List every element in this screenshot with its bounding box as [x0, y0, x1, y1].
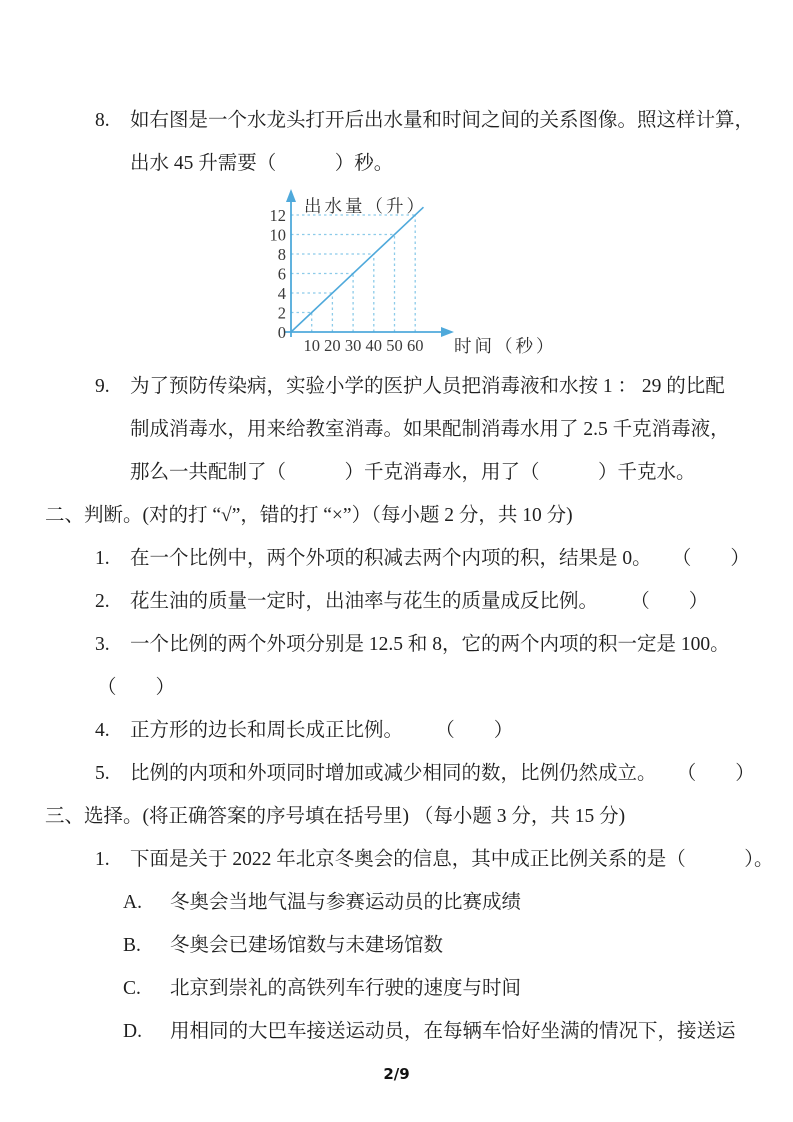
judge-item-3: 3.一个比例的两个外项分别是 12.5 和 8，它的两个内项的积一定是 100。 [0, 623, 793, 666]
judge-item-3-text: 一个比例的两个外项分别是 12.5 和 8，它的两个内项的积一定是 100。 [130, 634, 730, 655]
svg-text:60: 60 [407, 336, 424, 355]
question-9-text-continued: 制成消毒水，用来给教室消毒。如果配制消毒水用了 2.5 千克消毒液， [130, 419, 730, 440]
choice-question-1-text: 下面是关于 2022 年北京冬奥会的信息，其中成正比例关系的是（ ）。 [130, 849, 774, 870]
option-a-text: 冬奥会当地气温与参赛运动员的比赛成绩 [170, 892, 521, 913]
choice-question-1: 1.下面是关于 2022 年北京冬奥会的信息，其中成正比例关系的是（ ）。 [0, 838, 793, 881]
option-d-letter: D. [123, 1010, 170, 1053]
judge-item-5-text: 比例的内项和外项同时增加或减少相同的数，比例仍然成立。 [130, 763, 657, 784]
judge-item-4-number: 4. [95, 709, 130, 752]
judge-item-1-text: 在一个比例中，两个外项的积减去两个内项的积，结果是 0。 [130, 548, 652, 569]
judge-item-1-answer-bracket: （ ） [682, 548, 750, 569]
question-8-line-2: 出水 45 升需要（ ）秒。 [0, 142, 793, 185]
section-3-title: 三、选择。(将正确答案的序号填在括号里) （每小题 3 分，共 15 分) [45, 806, 625, 827]
judge-item-3-answer-bracket: （ ） [97, 677, 175, 698]
svg-text:4: 4 [278, 284, 286, 303]
question-9-line-2: 制成消毒水，用来给教室消毒。如果配制消毒水用了 2.5 千克消毒液， [0, 408, 793, 451]
judge-item-4-answer-bracket: （ ） [445, 720, 513, 741]
question-9-line-1: 9.为了预防传染病，实验小学的医护人员把消毒液和水按 1 ： 29 的比配 [0, 365, 793, 408]
judge-item-3-bracket-line: （ ） [0, 666, 793, 709]
section-2-title: 二、判断。(对的打 “√”，错的打 “×”）（每小题 2 分，共 10 分) [45, 505, 573, 526]
option-b-text: 冬奥会已建场馆数与未建场馆数 [170, 935, 443, 956]
question-9-line-3: 那么一共配制了（ ）千克消毒水，用了（ ）千克水。 [0, 451, 793, 494]
svg-text:30: 30 [345, 336, 362, 355]
option-b-letter: B. [123, 924, 170, 967]
water-output-chart-block: 024681012102030405060出水量（升）时间（秒） [256, 185, 793, 365]
svg-text:20: 20 [324, 336, 341, 355]
judge-item-2: 2.花生油的质量一定时，出油率与花生的质量成反比例。（ ） [0, 580, 793, 623]
option-c-letter: C. [123, 967, 170, 1010]
svg-text:50: 50 [386, 336, 403, 355]
judge-item-5: 5.比例的内项和外项同时增加或减少相同的数，比例仍然成立。（ ） [0, 752, 793, 795]
svg-text:6: 6 [278, 265, 286, 284]
svg-text:12: 12 [270, 206, 287, 225]
question-9-text-continued-2: 那么一共配制了（ ）千克消毒水，用了（ ）千克水。 [130, 462, 696, 483]
page-number: 2/9 [0, 1065, 793, 1083]
option-a-letter: A. [123, 881, 170, 924]
option-c-text: 北京到崇礼的高铁列车行驶的速度与时间 [170, 978, 521, 999]
svg-text:0: 0 [278, 323, 286, 342]
section-3-header: 三、选择。(将正确答案的序号填在括号里) （每小题 3 分，共 15 分) [0, 795, 793, 838]
judge-item-2-answer-bracket: （ ） [640, 591, 708, 612]
water-output-chart: 024681012102030405060出水量（升）时间（秒） [256, 185, 566, 363]
svg-text:40: 40 [366, 336, 383, 355]
option-a: A.冬奥会当地气温与参赛运动员的比赛成绩 [0, 881, 793, 924]
question-9-text: 为了预防传染病，实验小学的医护人员把消毒液和水按 1 ： 29 的比配 [130, 376, 725, 397]
question-8-text: 如右图是一个水龙头打开后出水量和时间之间的关系图像。照这样计算， [130, 110, 754, 131]
svg-text:出水量（升）: 出水量（升） [304, 196, 427, 216]
question-8-number: 8. [95, 99, 130, 142]
judge-item-3-number: 3. [95, 623, 130, 666]
svg-text:10: 10 [270, 226, 287, 245]
judge-item-2-number: 2. [95, 580, 130, 623]
svg-text:8: 8 [278, 245, 286, 264]
judge-item-4-text: 正方形的边长和周长成正比例。 [130, 720, 403, 741]
option-d-text: 用相同的大巴车接送运动员，在每辆车恰好坐满的情况下，接送运 [170, 1021, 736, 1042]
section-2-header: 二、判断。(对的打 “√”，错的打 “×”）（每小题 2 分，共 10 分) [0, 494, 793, 537]
judge-item-5-answer-bracket: （ ） [687, 763, 755, 784]
question-8-line-1: 8.如右图是一个水龙头打开后出水量和时间之间的关系图像。照这样计算， [0, 99, 793, 142]
question-9-number: 9. [95, 365, 130, 408]
svg-text:10: 10 [303, 336, 320, 355]
judge-item-1: 1.在一个比例中，两个外项的积减去两个内项的积，结果是 0。（ ） [0, 537, 793, 580]
judge-item-2-text: 花生油的质量一定时，出油率与花生的质量成反比例。 [130, 591, 598, 612]
judge-item-1-number: 1. [95, 537, 130, 580]
question-8-text-continued: 出水 45 升需要（ ）秒。 [130, 153, 393, 174]
svg-text:时间（秒）: 时间（秒） [454, 336, 557, 356]
choice-question-1-number: 1. [95, 838, 130, 881]
judge-item-4: 4.正方形的边长和周长成正比例。（ ） [0, 709, 793, 752]
option-b: B.冬奥会已建场馆数与未建场馆数 [0, 924, 793, 967]
exam-page: 8.如右图是一个水龙头打开后出水量和时间之间的关系图像。照这样计算， 出水 45… [0, 0, 793, 1083]
svg-text:2: 2 [278, 304, 286, 323]
option-d: D.用相同的大巴车接送运动员，在每辆车恰好坐满的情况下，接送运 [0, 1010, 793, 1053]
option-c: C.北京到崇礼的高铁列车行驶的速度与时间 [0, 967, 793, 1010]
judge-item-5-number: 5. [95, 752, 130, 795]
